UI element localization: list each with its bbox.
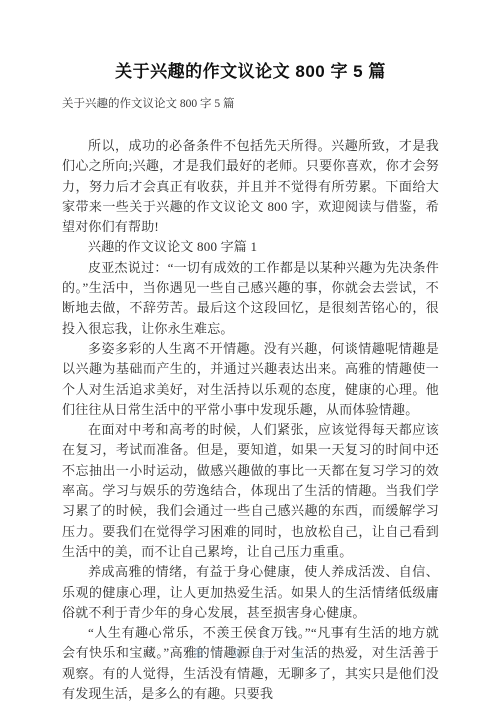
paragraph: “人生有趣心常乐，不羡王侯食万钱。”“凡事有生活的地方就会有快乐和宝藏。”高雅的… <box>62 623 439 704</box>
document-title: 关于兴趣的作文议论文 800 字 5 篇 <box>62 60 439 84</box>
page-footer: 第 1 页 共 7 页 <box>0 648 500 661</box>
document-body: 所以，成功的必备条件不包括先天所得。兴趣所致，才是我们心之所向;兴趣，才是我们最… <box>62 136 439 704</box>
document-content: 关于兴趣的作文议论文 800 字 5 篇 关于兴趣的作文议论文 800 字 5 … <box>0 0 500 704</box>
paragraph: 皮亚杰说过：“一切有成效的工作都是以某种兴趣为先决条件的。”生活中，当你遇见一些… <box>62 258 439 339</box>
document-page: 关于兴趣的作文议论文 800 字 5 篇 关于兴趣的作文议论文 800 字 5 … <box>0 0 500 707</box>
paragraph: 在面对中考和高考的时候，人们紧张，应该觉得每天都应该在复习，考试而准备。但是，要… <box>62 420 439 562</box>
section-heading: 兴趣的作文议论文 800 字篇 1 <box>62 237 439 257</box>
document-subtitle: 关于兴趣的作文议论文 800 字 5 篇 <box>62 96 439 112</box>
paragraph: 养成高雅的情绪，有益于身心健康，使人养成活泼、自信、乐观的健康心理，让人更加热爱… <box>62 562 439 623</box>
paragraph: 多姿多彩的人生离不开情趣。没有兴趣，何谈情趣呢情趣是以兴趣为基础而产生的，并通过… <box>62 339 439 420</box>
paragraph-intro: 所以，成功的必备条件不包括先天所得。兴趣所致，才是我们心之所向;兴趣，才是我们最… <box>62 136 439 237</box>
page-number-label: 第 1 页 共 7 页 <box>194 649 307 660</box>
